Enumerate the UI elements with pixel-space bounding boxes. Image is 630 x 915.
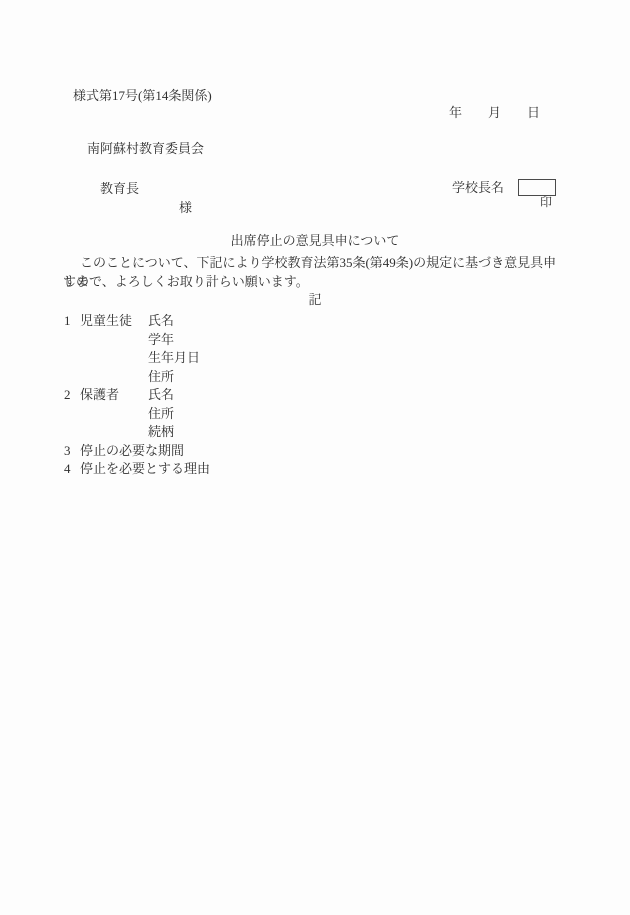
item-label: 住所 [148, 368, 610, 387]
recipient-honorific: 様 [179, 200, 192, 215]
item-category: 保護者 [80, 386, 148, 405]
item-category [80, 423, 148, 442]
item-category [80, 349, 148, 368]
item-number [64, 331, 80, 350]
list-row: 住所 [64, 405, 610, 424]
list-row: 2 保護者 氏名 [64, 386, 610, 405]
body-paragraph-line-2: すので、よろしくお取り計らい願います。 [63, 272, 569, 291]
item-number [64, 349, 80, 368]
item-number [64, 423, 80, 442]
list-row: 4 停止を必要とする理由 [64, 460, 610, 479]
item-number: 3 [64, 442, 80, 461]
principal-signature-line: 学校長名 印 [452, 178, 556, 197]
item-category [80, 405, 148, 424]
item-label: 続柄 [148, 423, 610, 442]
item-label: 氏名 [148, 386, 610, 405]
item-list: 1 児童生徒 氏名 学年 生年月日 住所 2 保護者 氏名 住所 [64, 312, 610, 479]
item-category: 児童生徒 [80, 312, 148, 331]
recipient-line: 教育長 様 [87, 160, 192, 236]
item-number [64, 405, 80, 424]
item-label [184, 442, 610, 461]
document-page: 様式第17号(第14条関係) 年 月 日 南阿蘇村教育委員会 教育長 様 学校長… [0, 0, 630, 915]
item-label: 氏名 [148, 312, 610, 331]
form-number: 様式第17号(第14条関係) [73, 86, 212, 105]
item-category [80, 331, 148, 350]
item-number: 1 [64, 312, 80, 331]
list-row: 生年月日 [64, 349, 610, 368]
item-label [210, 460, 610, 479]
recipient-title: 教育長 [100, 181, 139, 196]
item-label: 学年 [148, 331, 610, 350]
document-title: 出席停止の意見具申について [63, 231, 567, 250]
principal-name-label: 学校長名 [452, 178, 504, 197]
item-category [80, 368, 148, 387]
recipient-organization: 南阿蘇村教育委員会 [87, 139, 204, 158]
item-number: 4 [64, 460, 80, 479]
list-row: 続柄 [64, 423, 610, 442]
date-line: 年 月 日 [449, 103, 540, 122]
list-row: 1 児童生徒 氏名 [64, 312, 610, 331]
item-category: 停止の必要な期間 [80, 442, 184, 461]
list-row: 住所 [64, 368, 610, 387]
seal-character: 印 [540, 195, 552, 209]
item-label: 住所 [148, 405, 610, 424]
item-category: 停止を必要とする理由 [80, 460, 210, 479]
item-number: 2 [64, 386, 80, 405]
list-row: 学年 [64, 331, 610, 350]
item-number [64, 368, 80, 387]
record-marker: 記 [63, 290, 567, 309]
item-label: 生年月日 [148, 349, 610, 368]
list-row: 3 停止の必要な期間 [64, 442, 610, 461]
seal-box: 印 [518, 179, 556, 196]
